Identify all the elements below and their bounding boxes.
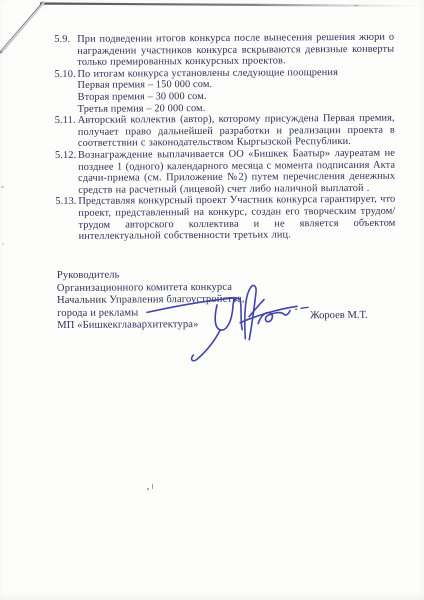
signoff-organization: МП «Бишкекглавархитектура» <box>57 318 307 332</box>
clause-text: При подведении итогов конкурса после вын… <box>77 32 394 69</box>
signoff-block: Руководитель Организационного комитета к… <box>57 268 307 332</box>
clause-5-11: 5.11. Авторский коллектив (автор), котор… <box>55 113 395 150</box>
scanned-document-page: 5.9. При подведении итогов конкурса посл… <box>0 0 424 600</box>
clause-number: 5.11. <box>55 115 78 127</box>
clause-5-13: 5.13. Представляя конкурсный проект Учас… <box>55 194 395 243</box>
clause-number: 5.13. <box>55 196 78 208</box>
clause-number: 5.9. <box>54 34 77 46</box>
scan-speck <box>147 488 149 490</box>
clause-text: Вознаграждение выплачивается ОО «Бишкек … <box>78 148 395 197</box>
clause-5-9: 5.9. При подведении итогов конкурса посл… <box>54 32 394 69</box>
scan-speck <box>354 5 359 6</box>
scan-speck <box>152 484 153 489</box>
clause-number: 5.10. <box>54 69 77 81</box>
scan-speck <box>2 243 4 245</box>
clause-5-12: 5.12. Вознаграждение выплачивается ОО «Б… <box>55 148 395 197</box>
clause-text: Представляя конкурсный проект Участник к… <box>78 194 395 243</box>
clause-text: Авторский коллектив (автор), которому пр… <box>78 113 395 150</box>
scan-speck <box>1 186 4 188</box>
signature-tail <box>191 330 220 361</box>
clause-list: 5.9. При подведении итогов конкурса посл… <box>54 32 395 243</box>
document-content: 5.9. При подведении итогов конкурса посл… <box>0 0 424 600</box>
signer-name: Жороев М.Т. <box>310 310 368 322</box>
clause-5-10: 5.10. По итогам конкурса установлены сле… <box>54 66 394 115</box>
clause-number: 5.12. <box>55 150 78 162</box>
